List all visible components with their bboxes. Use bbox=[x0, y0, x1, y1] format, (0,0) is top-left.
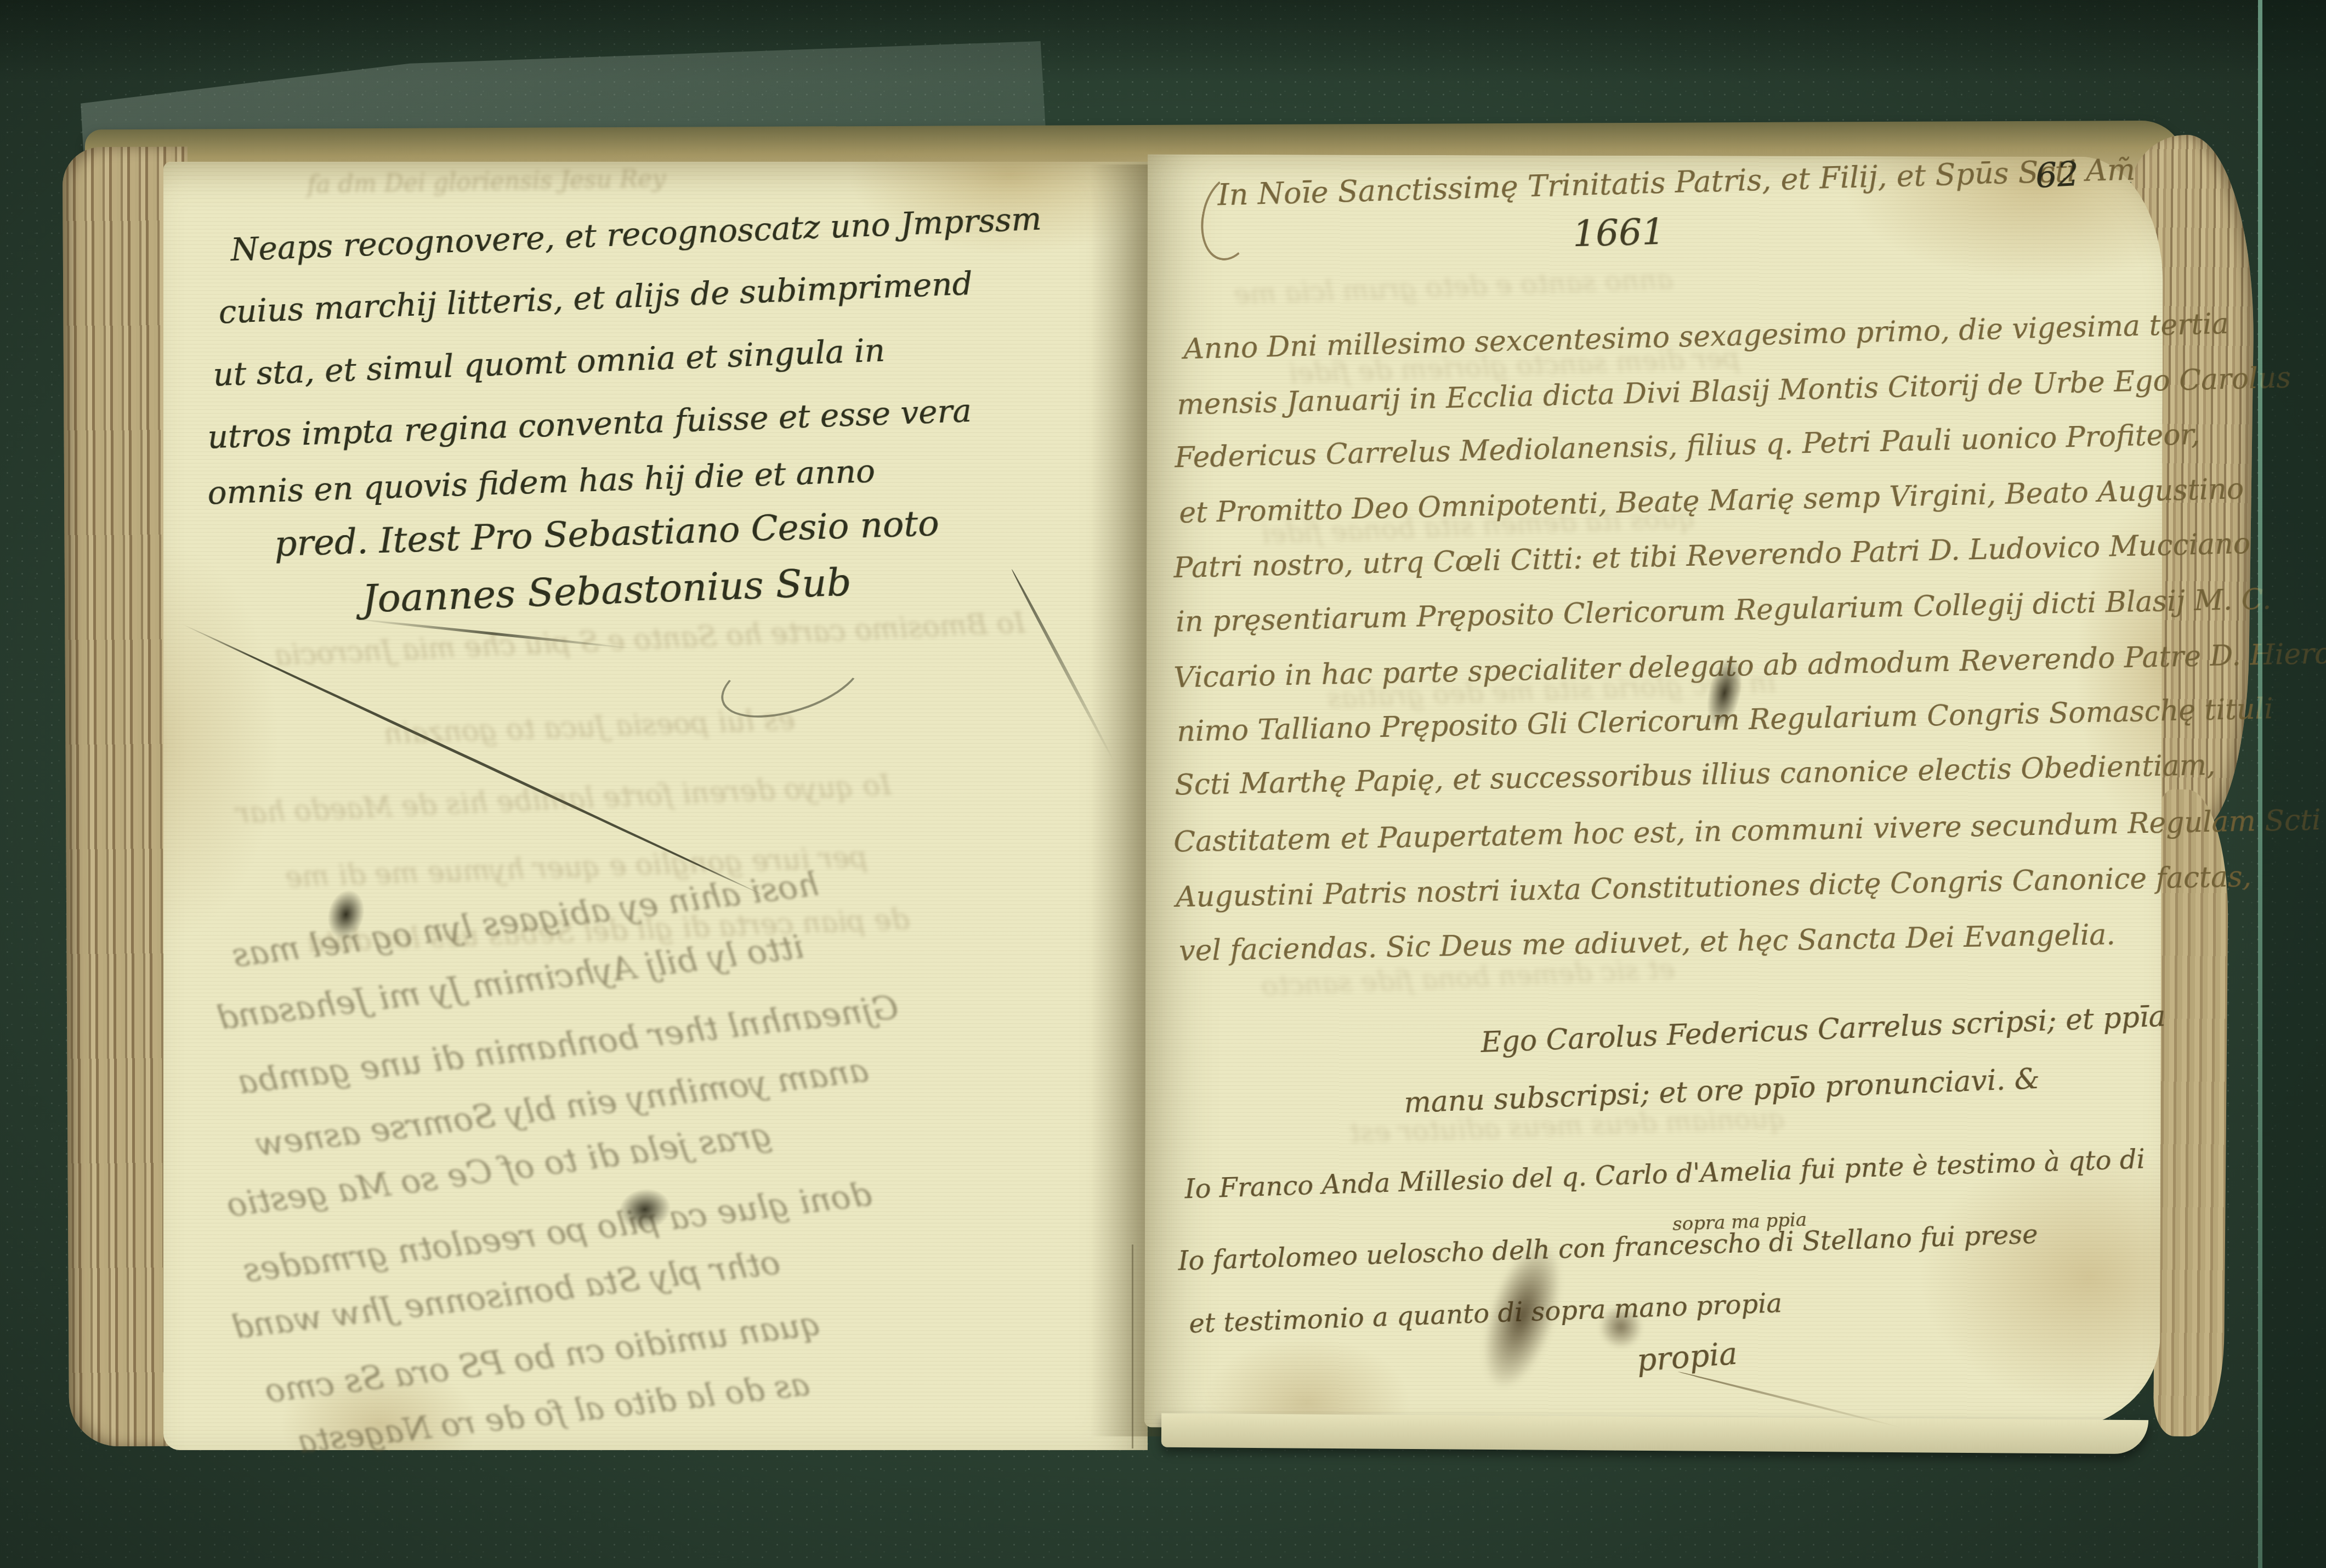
background-top-shadow bbox=[0, 0, 2326, 82]
page-number: 62 bbox=[2034, 157, 2079, 193]
year-label: 1661 bbox=[1572, 214, 1665, 252]
background-right-column bbox=[2262, 0, 2326, 1568]
glass-edge-line bbox=[2258, 0, 2262, 1568]
left-page-top-fragment: fa dm Dei gloriensis Jesu Rey bbox=[307, 167, 666, 197]
right-page-bottom-edge bbox=[1161, 1413, 2148, 1455]
witness-line: propia bbox=[1636, 1339, 1738, 1377]
ink-smudge bbox=[1599, 1305, 1643, 1349]
manuscript-photo: fa dm Dei gloriensis Jesu Rey Neaps reco… bbox=[0, 0, 2326, 1568]
gutter-fold-line bbox=[1132, 1245, 1133, 1448]
